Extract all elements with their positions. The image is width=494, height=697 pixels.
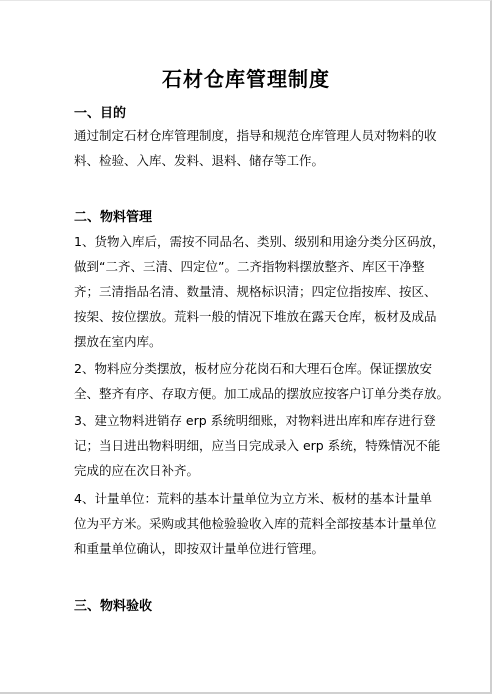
paragraph-item-1: 1、货物入库后，需按不同品名、类别、级别和用途分类分区码放， 做到“二齐、三清、…: [74, 229, 424, 354]
paragraph-item-2: 2、物料应分类摆放，板材应分花岗石和大理石仓库。保证摆放安 全、整齐有序、存取方…: [74, 356, 424, 406]
text-line: 完成的应在次日补齐。: [74, 458, 424, 483]
text-line: 料、检验、入库、发料、退料、储存等工作。: [74, 148, 424, 173]
text-line: 通过制定石材仓库管理制度，指导和规范仓库管理人员对物料的收: [74, 123, 424, 148]
paragraph-item-4: 4、计量单位：荒料的基本计量单位为立方米、板材的基本计量单 位为平方米。采购或其…: [74, 486, 424, 561]
text-line: 3、建立物料进销存 erp 系统明细账，对物料进出库和库存进行登: [74, 408, 424, 433]
text-line: 1、货物入库后，需按不同品名、类别、级别和用途分类分区码放，: [74, 229, 424, 254]
text-line: 2、物料应分类摆放，板材应分花岗石和大理石仓库。保证摆放安: [74, 356, 424, 381]
text-line: 齐；三清指品名清、数量清、规格标识清；四定位指按库、按区、: [74, 279, 424, 304]
section-heading-purpose: 一、目的: [74, 102, 126, 121]
text-line: 做到“二齐、三清、四定位”。二齐指物料摆放整齐、库区干净整: [74, 254, 424, 279]
document-title: 石材仓库管理制度: [0, 63, 492, 92]
paragraph-item-3: 3、建立物料进销存 erp 系统明细账，对物料进出库和库存进行登 记；当日进出物…: [74, 408, 424, 483]
section-heading-material-management: 二、物料管理: [74, 206, 152, 225]
text-line: 位为平方米。采购或其他检验验收入库的荒料全部按基本计量单位: [74, 511, 424, 536]
text-line: 和重量单位确认，即按双计量单位进行管理。: [74, 536, 424, 561]
paragraph-purpose: 通过制定石材仓库管理制度，指导和规范仓库管理人员对物料的收 料、检验、入库、发料…: [74, 123, 424, 173]
text-line: 记；当日进出物料明细，应当日完成录入 erp 系统，特殊情况不能: [74, 433, 424, 458]
document-page: 石材仓库管理制度 一、目的 通过制定石材仓库管理制度，指导和规范仓库管理人员对物…: [0, 0, 492, 694]
text-line: 摆放在室内库。: [74, 329, 424, 354]
text-line: 4、计量单位：荒料的基本计量单位为立方米、板材的基本计量单: [74, 486, 424, 511]
text-line: 按架、按位摆放。荒料一般的情况下堆放在露天仓库，板材及成品: [74, 304, 424, 329]
section-heading-material-inspection: 三、物料验收: [74, 595, 152, 614]
text-line: 全、整齐有序、存取方便。加工成品的摆放应按客户订单分类存放。: [74, 381, 424, 406]
